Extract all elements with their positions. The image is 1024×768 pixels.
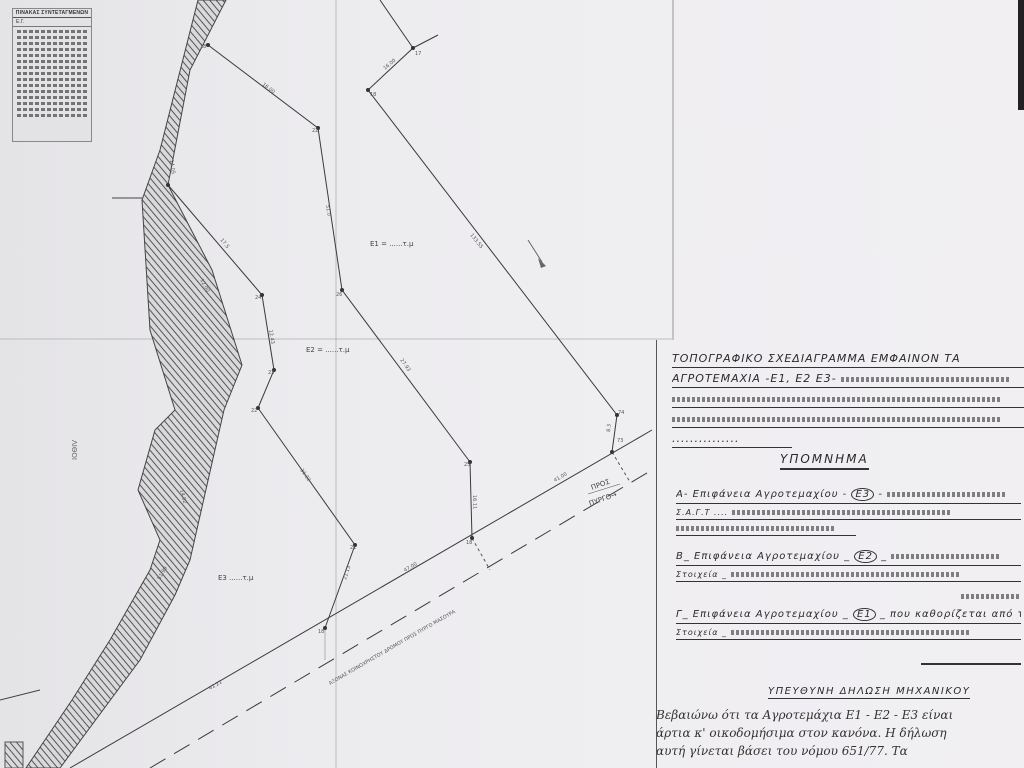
svg-text:16.00: 16.00 [261, 82, 276, 95]
stamp-subtitle: Ε.Γ. [13, 18, 91, 27]
svg-text:18: 18 [318, 629, 324, 635]
svg-text:18: 18 [370, 92, 376, 98]
svg-text:26: 26 [336, 292, 342, 298]
svg-text:21.13: 21.13 [342, 565, 352, 580]
svg-text:17.5: 17.5 [218, 237, 230, 249]
plan-title-line-5: ............... [672, 432, 792, 448]
legend-border [656, 340, 657, 768]
area-label-e3: Ε3 ......τ.μ [218, 574, 254, 582]
declaration-line-1: Βεβαιώνω ότι τα Αγροτεμάχια Ε1 - Ε2 - Ε3… [656, 706, 1024, 724]
svg-text:41.00: 41.00 [553, 471, 568, 483]
plan-title-line-4 [672, 412, 1024, 428]
boundary-e1-east [368, 0, 617, 452]
svg-text:133.55: 133.55 [468, 233, 484, 250]
declaration-line-3: αυτή γίνεται βάσει του νόμου 651/77. Τα [656, 742, 1024, 760]
svg-text:18: 18 [200, 44, 206, 50]
svg-text:8.3: 8.3 [606, 424, 613, 432]
direction-label-top: ΠΡΟΣ [590, 478, 611, 492]
area-label-e1: Ε1 = ......τ.μ [370, 240, 414, 248]
stamp-title: ΠΙΝΑΚΑΣ ΣΥΝΤΕΤΑΓΜΕΝΩΝ [13, 9, 91, 18]
signature-heading: ΥΠΕΥΘΥΝΗ ΔΗΛΩΣΗ ΜΗΧΑΝΙΚΟΥ [768, 686, 970, 699]
svg-text:24: 24 [255, 295, 261, 301]
svg-text:74: 74 [618, 410, 624, 416]
plan-title: ΤΟΠΟΓΡΑΦΙΚΟ ΣΧΕΔΙΑΓΡΑΜΜΑ ΕΜΦΑΙΝΟΝ ΤΑ ΑΓΡ… [672, 352, 1024, 452]
svg-text:22: 22 [251, 408, 257, 414]
road-label: ΑΞΟΝΑΣ ΚΟΙΝΟΧΡΗΣΤΟΥ ΔΡΟΜΟΥ ΠΡΟΣ ΠΥΡΓΟ ΜΑ… [328, 609, 457, 687]
direction-label-bottom: ΠΥΡΓΟ→ [588, 490, 618, 507]
road-axis-line [150, 470, 652, 768]
plan-title-line-2: ΑΓΡΟΤΕΜΑΧΙΑ -Ε1, Ε2 Ε3- [672, 372, 1024, 388]
svg-text:21: 21 [350, 545, 356, 551]
svg-text:25: 25 [464, 462, 470, 468]
svg-text:47.00: 47.00 [403, 561, 418, 573]
legend-item-a: Α- Επιφάνεια Αγροτεμαχίου - Ε3 - Σ.Α.Γ.Τ… [676, 488, 1021, 540]
svg-text:51.0: 51.0 [324, 204, 331, 216]
declaration-line-2: άρτια κ' οικοδομήσιμα στον κανόνα. Η δήλ… [656, 724, 1024, 742]
coordinates-table-stamp: ΠΙΝΑΚΑΣ ΣΥΝΤΕΤΑΓΜΕΝΩΝ Ε.Γ. [12, 8, 92, 142]
plan-title-line-3 [672, 392, 1024, 408]
legend-heading: ΥΠΟΜΝΗΜΑ [780, 452, 869, 470]
area-label-e2: Ε2 = ......τ.μ [306, 346, 350, 354]
svg-text:41.21: 41.21 [208, 679, 223, 691]
svg-text:18: 18 [466, 540, 472, 546]
svg-text:27.93: 27.93 [398, 358, 411, 373]
side-mark: ΛΙΘΟΙ [70, 440, 78, 460]
svg-text:23: 23 [268, 370, 274, 376]
svg-text:17: 17 [415, 51, 421, 57]
svg-text:31.22: 31.22 [298, 468, 311, 483]
svg-text:16.11: 16.11 [471, 495, 477, 510]
legend-panel: ΤΟΠΟΓΡΑΦΙΚΟ ΣΧΕΔΙΑΓΡΑΜΜΑ ΕΜΦΑΙΝΟΝ ΤΑ ΑΓΡ… [656, 340, 1024, 768]
north-arrow-icon [528, 240, 546, 268]
engineer-declaration: Βεβαιώνω ότι τα Αγροτεμάχια Ε1 - Ε2 - Ε3… [656, 706, 1024, 760]
legend-item-c: Γ_ Επιφάνεια Αγροτεμαχίου _ Ε1 _ που καθ… [676, 608, 1021, 665]
svg-text:12.43: 12.43 [267, 329, 275, 344]
legend-item-b: Β_ Επιφάνεια Αγροτεμαχίου _ Ε2 _ Στοιχεί… [676, 550, 1021, 605]
svg-text:22: 22 [312, 128, 318, 134]
plan-title-line-1: ΤΟΠΟΓΡΑΦΙΚΟ ΣΧΕΔΙΑΓΡΑΜΜΑ ΕΜΦΑΙΝΟΝ ΤΑ [672, 352, 1024, 368]
svg-text:73: 73 [617, 438, 623, 444]
